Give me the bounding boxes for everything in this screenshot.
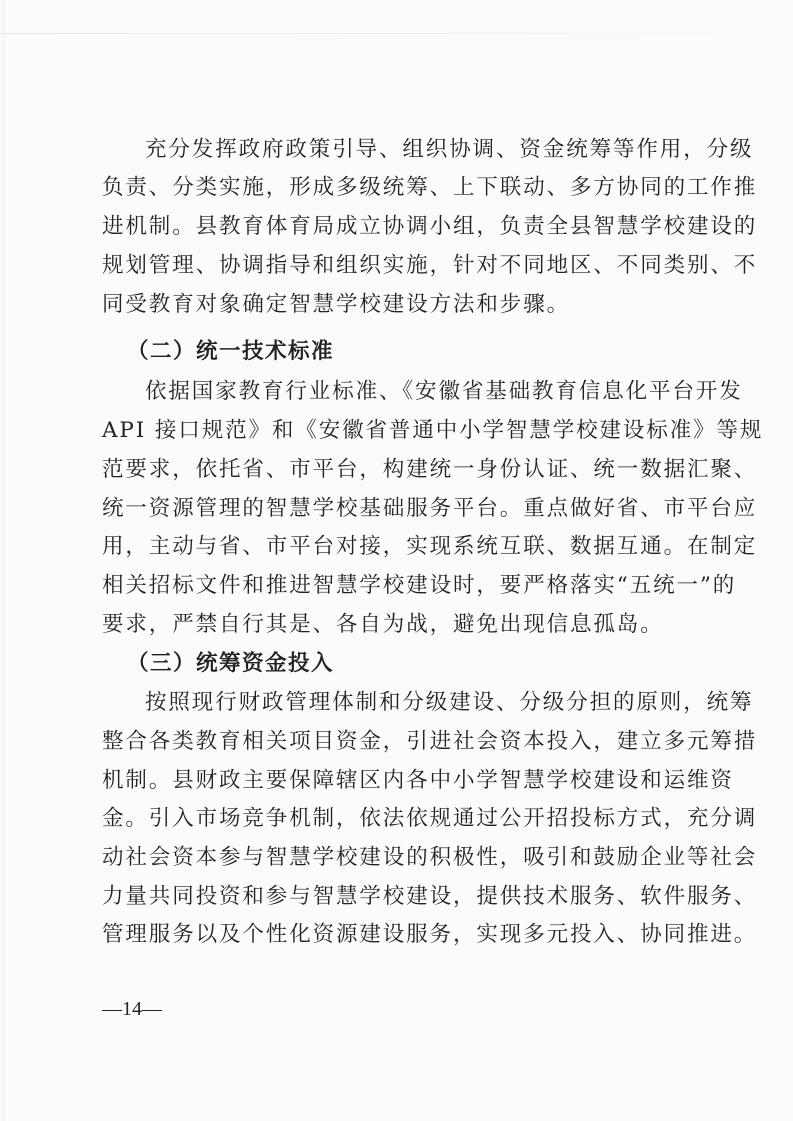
text-line: 按照现行财政管理体制和分级建设、分级分担的原则，统筹: [145, 689, 745, 717]
text-line: 整合各类教育相关项目资金，引进社会资本投入，建立多元筹措: [102, 728, 702, 756]
text-line: 规划管理、协调指导和组织实施，针对不同地区、不同类别、不: [102, 252, 702, 280]
text-line: 依据国家教育行业标准、《安徽省基础教育信息化平台开发: [145, 378, 745, 406]
text-line: 统一资源管理的智慧学校基础服务平台。重点做好省、市平台应: [102, 495, 702, 523]
text-line: API 接口规范》和《安徽省普通中小学智慧学校建设标准》等规: [102, 417, 702, 445]
text-line: 相关招标文件和推进智慧学校建设时，要严格落实“五统一”的: [102, 572, 702, 600]
scan-edge-left: [3, 0, 4, 1121]
text-line: 负责、分类实施，形成多级统筹、上下联动、多方协同的工作推: [102, 174, 702, 202]
text-line: 充分发挥政府政策引导、组织协调、资金统筹等作用，分级: [145, 136, 745, 164]
page-number: —14—: [102, 998, 162, 1021]
section-heading-funding: （三）统筹资金投入: [127, 650, 727, 678]
text-line: 进机制。县教育体育局成立协调小组，负责全县智慧学校建设的: [102, 213, 702, 241]
text-line: 力量共同投资和参与智慧学校建设，提供技术服务、软件服务、: [102, 883, 702, 911]
text-line: 用，主动与省、市平台对接，实现系统互联、数据互通。在制定: [102, 533, 702, 561]
text-line: 金。引入市场竞争机制，依法依规通过公开招投标方式，充分调: [102, 805, 702, 833]
text-line: 要求，严禁自行其是、各自为战，避免出现信息孤岛。: [102, 611, 702, 639]
scan-edge-top: [0, 33, 793, 34]
text-line: 范要求，依托省、市平台，构建统一身份认证、统一数据汇聚、: [102, 456, 702, 484]
text-line: 同受教育对象确定智慧学校建设方法和步骤。: [102, 291, 702, 319]
section-heading-technical-standards: （二）统一技术标准: [127, 338, 727, 366]
text-line: 动社会资本参与智慧学校建设的积极性，吸引和鼓励企业等社会: [102, 844, 702, 872]
text-line: 管理服务以及个性化资源建设服务，实现多元投入、协同推进。: [102, 921, 702, 949]
text-line: 机制。县财政主要保障辖区内各中小学智慧学校建设和运维资: [102, 767, 702, 795]
